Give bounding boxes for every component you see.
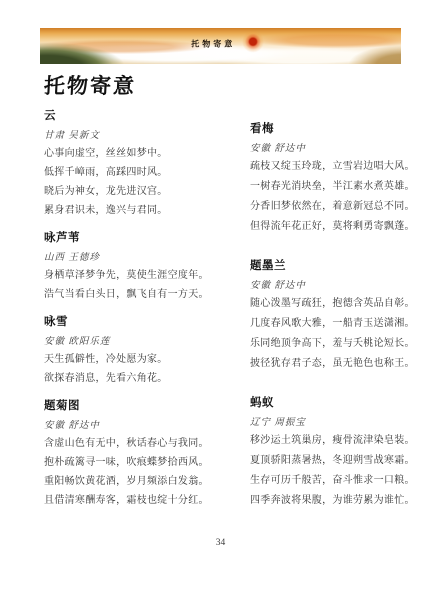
poem-chrysanthemum: 题菊图 安徽 舒达中 含虚山色有无中，秋话春心与我同。 抱朴疏篱寻一味，吹痕蝶梦… xyxy=(44,400,236,506)
poem-line: 几度春风歌大雅，一船青玉送潇湘。 xyxy=(250,319,442,329)
poem-title: 咏芦苇 xyxy=(44,232,236,244)
poem-line: 晓后为神女，龙先进汉宫。 xyxy=(44,187,236,197)
poem-line: 一树春光消块垒，半江素水煮英雄。 xyxy=(250,182,442,192)
poem-line: 且借清寒酬寿客，霜枝也绽十分红。 xyxy=(44,496,236,506)
poem-line: 抱朴疏篱寻一味，吹痕蝶梦拾西风。 xyxy=(44,458,236,468)
right-column: 看梅 安徽 舒达中 疏枝又绽玉玲珑，立雪岩边唱大风。 一树春光消块垒，半江素水煮… xyxy=(250,110,442,534)
poem-snow: 咏雪 安徽 欧阳乐莲 天生孤僻性，冷处愿为家。 欲探春消息，先看六角花。 xyxy=(44,316,236,384)
poem-reeds: 咏芦苇 山西 王德珍 身栖草泽梦争先，莫使生涯空度年。 浩气当看白头日，飘飞自有… xyxy=(44,232,236,300)
poem-line: 低挥千嶂雨，高踩四时风。 xyxy=(44,168,236,178)
poem-line: 心事向虚空，丝丝如梦中。 xyxy=(44,149,236,159)
poem-line: 生存可历千般苦，奋斗惟求一口粮。 xyxy=(250,476,442,486)
poem-author: 安徽 舒达中 xyxy=(250,144,442,154)
poem-ink-orchid: 题墨兰 安徽 舒达中 随心泼墨写疏狂，抱德含英品自彰。 几度春风歌大雅，一船青玉… xyxy=(250,260,442,369)
left-column: 云 甘肃 吴新文 心事向虚空，丝丝如梦中。 低挥千嶂雨，高踩四时风。 晓后为神女… xyxy=(44,110,236,522)
poem-line: 四季奔波将果腹，为谁劳累为谁忙。 xyxy=(250,496,442,506)
poem-line: 移沙运土筑巢房，瘦骨流津染皂装。 xyxy=(250,436,442,446)
poem-line: 天生孤僻性，冷处愿为家。 xyxy=(44,355,236,365)
poem-author: 安徽 舒达中 xyxy=(250,281,442,291)
poem-author: 安徽 欧阳乐莲 xyxy=(44,337,236,347)
poem-ants: 蚂蚁 辽宁 周振宝 移沙运土筑巢房，瘦骨流津染皂装。 夏顶骄阳蒸暑热，冬迎朔雪战… xyxy=(250,397,442,506)
poem-line: 累身君识未，逸兴与君同。 xyxy=(44,206,236,216)
poem-title: 云 xyxy=(44,110,236,122)
poem-title: 咏雪 xyxy=(44,316,236,328)
chapter-banner-painting: 托物寄意 xyxy=(40,28,401,64)
poem-author: 甘肃 吴新文 xyxy=(44,131,236,141)
poem-author: 辽宁 周振宝 xyxy=(250,418,442,428)
poem-title: 蚂蚁 xyxy=(250,397,442,409)
page-number: 34 xyxy=(40,538,401,548)
poem-title: 题菊图 xyxy=(44,400,236,412)
poem-line: 乐同绝顶争高下，羞与夭桃论短长。 xyxy=(250,339,442,349)
poem-line: 随心泼墨写疏狂，抱德含英品自彰。 xyxy=(250,299,442,309)
poem-line: 疏枝又绽玉玲珑，立雪岩边唱大风。 xyxy=(250,162,442,172)
poem-line: 重阳畅饮黄花酒，岁月频添白发翁。 xyxy=(44,477,236,487)
poem-line: 身栖草泽梦争先，莫使生涯空度年。 xyxy=(44,271,236,281)
document-page: 托物寄意 托物寄意 云 甘肃 吴新文 心事向虚空，丝丝如梦中。 低挥千嶂雨，高踩… xyxy=(0,0,442,600)
poem-line: 但得流年花正好，莫将剩勇寄飘蓬。 xyxy=(250,222,442,232)
poem-line: 夏顶骄阳蒸暑热，冬迎朔雪战寒霜。 xyxy=(250,456,442,466)
page-title: 托物寄意 xyxy=(43,70,137,100)
poem-title: 题墨兰 xyxy=(250,260,442,272)
banner-title: 托物寄意 xyxy=(191,38,235,49)
poem-cloud: 云 甘肃 吴新文 心事向虚空，丝丝如梦中。 低挥千嶂雨，高踩四时风。 晓后为神女… xyxy=(44,110,236,216)
poem-plum: 看梅 安徽 舒达中 疏枝又绽玉玲珑，立雪岩边唱大风。 一树春光消块垒，半江素水煮… xyxy=(250,123,442,232)
poem-line: 欲探春消息，先看六角花。 xyxy=(44,374,236,384)
poem-line: 分香旧梦依然在，着意新冠总不同。 xyxy=(250,202,442,212)
poem-author: 山西 王德珍 xyxy=(44,253,236,263)
poem-line: 含虚山色有无中，秋话春心与我同。 xyxy=(44,439,236,449)
poem-author: 安徽 舒达中 xyxy=(44,421,236,431)
poem-line: 披径犹存君子态，虽无艳色也称王。 xyxy=(250,359,442,369)
poem-line: 浩气当看白头日，飘飞自有一方天。 xyxy=(44,290,236,300)
poem-title: 看梅 xyxy=(250,123,442,135)
